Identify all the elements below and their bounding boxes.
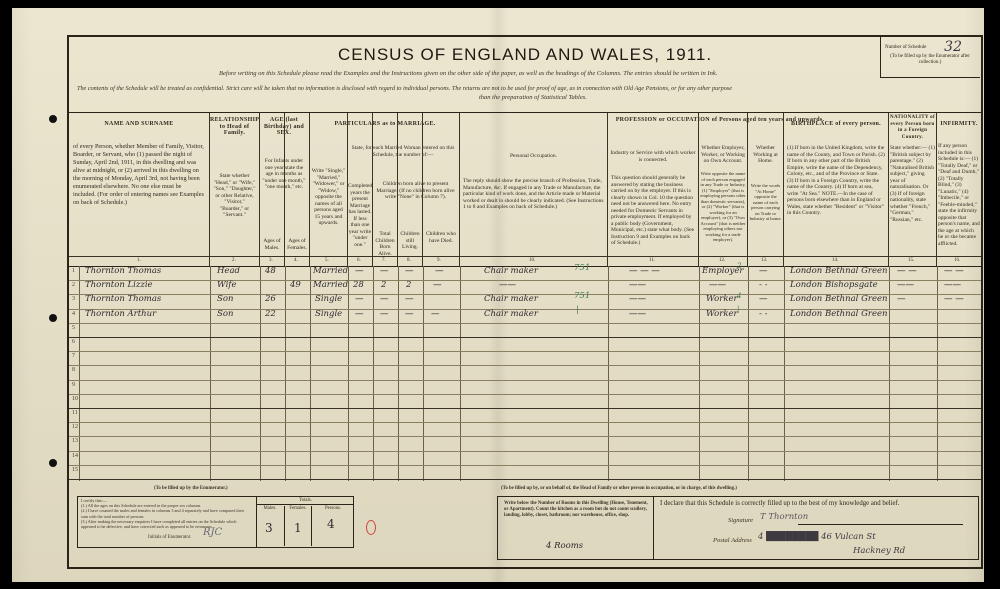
person-name: Thornton Arthur: [85, 309, 156, 319]
occupation-code: 751: [574, 263, 590, 273]
children-died: —: [435, 266, 444, 276]
totals-box: Totals. Males. Females. Persons. 3 1 4: [256, 497, 354, 547]
col-children-living: Children still Living.: [398, 113, 423, 266]
relationship: Head: [217, 266, 240, 276]
table-row: 7: [69, 351, 981, 366]
col-employer-desc: Write opposite the name of each person e…: [700, 171, 746, 243]
col-children-born-desc: Total Children Born Alive.: [373, 231, 397, 257]
total-males: 3: [265, 521, 273, 535]
birthplace: London Bethnal Green: [790, 266, 888, 276]
person-name: Thornton Lizzie: [85, 280, 153, 290]
nationality: —: [897, 294, 906, 304]
col-num-6: 6.: [357, 258, 361, 263]
birthplace: London Bethnal Green: [790, 309, 888, 319]
at-home: - -: [759, 280, 767, 290]
col-at-home: Whether Working at Home. Write the words…: [748, 113, 784, 266]
household-table: 1 Thornton Thomas Head 48 Married — — — …: [69, 266, 981, 481]
at-home: —: [759, 294, 768, 304]
col-age-males-label: Ages of Males.: [260, 238, 284, 251]
col-nationality-title: NATIONALITY of every Person born in a Fo…: [889, 115, 936, 141]
occupation: Chair maker: [484, 309, 538, 319]
col-occupation-desc: The reply should show the precise branch…: [463, 178, 604, 211]
col-nationality-desc: State whether:— (1) "British subject by …: [890, 145, 935, 223]
form-frame: CENSUS OF ENGLAND AND WALES, 1911. Befor…: [67, 35, 983, 569]
table-row: 4 Thornton Arthur Son 22 Single — — — — …: [69, 309, 981, 324]
total-persons: 4: [327, 517, 335, 531]
relationship: Son: [217, 294, 233, 304]
row-number: 7: [72, 353, 75, 359]
initials-label: Initials of Enumerator.: [148, 535, 191, 541]
col-at-home-desc: Write the words "At Home" opposite the n…: [749, 183, 782, 222]
employment-status: ——: [709, 280, 726, 290]
col-num-4: 4.: [294, 258, 298, 263]
col-birthplace-desc: (1) If born in the United Kingdom, write…: [787, 145, 885, 217]
employment-code: |: [737, 305, 739, 313]
col-employer-sub: Whether Employer, Worker, or Working on …: [699, 145, 747, 165]
col-num-16: 16.: [954, 258, 960, 263]
children-living: —: [405, 294, 414, 304]
col-num-7: 7.: [382, 258, 386, 263]
schedule-number-label: Number of Schedule: [885, 45, 926, 50]
nationality: ——: [897, 280, 914, 290]
employment-code: 4: [737, 292, 741, 300]
schedule-number-value: 32: [944, 39, 962, 55]
enumerator-checklist: I certify that:— (1.) All the ages on th…: [81, 498, 251, 529]
at-home: —: [759, 266, 768, 276]
age-female: 49: [290, 280, 301, 290]
signature-line: [798, 524, 963, 525]
children-born: 2: [381, 280, 386, 290]
enumerator-heading: (To be filled up by the Enumerator.): [154, 486, 228, 492]
col-children-died-desc: Children who have Died.: [423, 231, 459, 244]
marital-status: Married: [313, 280, 348, 290]
infirmity: — —: [944, 294, 964, 304]
col-age-females: Ages of Females.: [285, 113, 310, 266]
red-check-mark: [366, 520, 376, 535]
rooms-box: Write below the Number of Rooms in this …: [498, 497, 654, 559]
enumerator-initials: RJC: [203, 527, 222, 538]
marital-status: Married: [313, 266, 348, 276]
col-relationship-desc: State whether "Head," or "Wife," "Son," …: [212, 173, 257, 219]
signature-label: Signature: [728, 517, 753, 524]
age-male: 22: [265, 309, 276, 319]
col-children-died: Children who have Died.: [423, 113, 460, 266]
children-born: —: [380, 309, 389, 319]
checklist-item: (3.) After making the necessary enquirie…: [81, 519, 251, 529]
table-row: 13: [69, 436, 981, 451]
totals-label: Totals.: [257, 498, 354, 505]
relationship: Son: [217, 309, 233, 319]
person-name: Thornton Thomas: [85, 266, 161, 276]
years-married: —: [355, 309, 364, 319]
col-num-12: 12.: [719, 258, 725, 263]
marital-status: Single: [315, 294, 342, 304]
row-number: 15: [72, 467, 78, 473]
col-relationship-title: RELATIONSHIP to Head of Family.: [210, 117, 259, 137]
footer-section: (To be filled up by the Enumerator.) I c…: [69, 482, 981, 567]
col-num-15: 15.: [908, 258, 914, 263]
postal-address-line-2: Hackney Rd: [853, 546, 905, 556]
col-num-8: 8.: [407, 258, 411, 263]
col-industry-desc: This question should generally be answer…: [611, 175, 695, 247]
col-marriage-desc: Write "Single," "Married," "Widower," or…: [311, 168, 346, 227]
column-headers: NAME AND SURNAME of every Person, whethe…: [69, 112, 981, 267]
table-row: 15: [69, 465, 981, 480]
col-infirmity: INFIRMITY. If any person included in thi…: [937, 113, 981, 266]
row-number: 5: [72, 325, 75, 331]
males-label: Males.: [257, 506, 283, 512]
children-died: —: [431, 309, 440, 319]
table-row: 9: [69, 380, 981, 395]
industry: ——: [629, 280, 646, 290]
table-row: 6: [69, 337, 981, 352]
row-number: 4: [72, 311, 75, 317]
col-num-3: 3.: [269, 258, 273, 263]
children-living: —: [405, 309, 414, 319]
col-at-home-sub: Whether Working at Home.: [748, 145, 783, 165]
col-industry: Industry or Service with which worker is…: [608, 113, 699, 266]
relationship: Wife: [217, 280, 236, 290]
col-birthplace-title: BIRTHPLACE of every person.: [784, 121, 888, 128]
row-number: 11: [72, 410, 78, 416]
row-number: 10: [72, 396, 78, 402]
col-num-13: 13.: [761, 258, 767, 263]
row-number: 6: [72, 339, 75, 345]
confidential-line: The contents of the Schedule will be tre…: [77, 85, 732, 92]
col-relationship: RELATIONSHIP to Head of Family. State wh…: [210, 113, 260, 266]
person-name: Thornton Thomas: [85, 294, 161, 304]
occupation-code: |: [576, 305, 579, 315]
col-num-2: 2.: [232, 258, 236, 263]
table-row: 3 Thornton Thomas Son 26 Single — — — Ch…: [69, 294, 981, 309]
birthplace: London Bishopsgate: [790, 280, 878, 290]
occupation: Chair maker: [484, 266, 538, 276]
row-number: 3: [72, 296, 75, 302]
employment-status: Worker: [706, 309, 738, 319]
age-male: 48: [265, 266, 276, 276]
at-home: - -: [759, 309, 767, 319]
infirmity: — —: [944, 266, 964, 276]
years-married: —: [355, 266, 364, 276]
col-age-females-label: Ages of Females.: [285, 238, 309, 251]
col-years-desc: Completed years the present Marriage has…: [348, 183, 372, 248]
children-born: —: [380, 266, 389, 276]
binding-hole-icon: [49, 459, 57, 467]
total-females: 1: [294, 521, 302, 535]
col-age-males: AGE (last Birthday) and SEX. For Infants…: [260, 113, 285, 266]
table-row: 5: [69, 323, 981, 338]
col-num-1: 1.: [137, 258, 141, 263]
household-heading: (To be filled up by, or on behalf of, th…: [501, 486, 737, 492]
children-living: 2: [406, 280, 411, 290]
column-number-rule: [69, 256, 981, 257]
table-row: 12: [69, 422, 981, 437]
row-number: 2: [72, 282, 75, 288]
signature: T Thornton: [760, 512, 808, 522]
table-row: 2 Thornton Lizzie Wife 49 Married 28 2 2…: [69, 280, 981, 295]
industry: ——: [629, 309, 646, 319]
industry: — — —: [629, 266, 660, 276]
col-nationality: NATIONALITY of every Person born in a Fo…: [889, 113, 937, 266]
row-number: 14: [72, 453, 78, 459]
row-number: 9: [72, 382, 75, 388]
table-row: 10: [69, 394, 981, 409]
declaration-box: Write below the Number of Rooms in this …: [497, 496, 979, 560]
row-number: 8: [72, 367, 75, 373]
employment-code: 2: [737, 262, 741, 270]
page-title: CENSUS OF ENGLAND AND WALES, 1911.: [69, 45, 981, 65]
checklist-item: (2.) I have counted the males and female…: [81, 508, 251, 518]
years-married: —: [355, 294, 364, 304]
row-number: 12: [72, 424, 78, 430]
infirmity: ——: [944, 280, 961, 290]
enumerator-box: I certify that:— (1.) All the ages on th…: [77, 496, 354, 548]
col-name-desc: of every Person, whether Member of Famil…: [73, 143, 205, 207]
col-marriage: PARTICULARS as to MARRIAGE. Write "Singl…: [310, 113, 348, 266]
col-num-10: 10.: [529, 258, 535, 263]
col-infirmity-desc: If any person included in this Schedule …: [938, 143, 980, 247]
col-name-title: NAME AND SURNAME: [69, 121, 209, 128]
declaration-text: I declare that this Schedule is correctl…: [660, 500, 900, 507]
children-living: —: [405, 266, 414, 276]
col-infirmity-title: INFIRMITY.: [937, 121, 981, 128]
census-schedule-sheet: CENSUS OF ENGLAND AND WALES, 1911. Befor…: [12, 8, 984, 582]
col-children-living-desc: Children still Living.: [398, 231, 422, 251]
col-num-11: 11.: [649, 258, 655, 263]
col-occupation: PROFESSION or OCCUPATION of Persons aged…: [460, 113, 608, 266]
col-num-5: 5.: [325, 258, 329, 263]
postal-address-line-1: 4 ████████ 46 Vulcan St: [758, 532, 876, 542]
row-number: 13: [72, 438, 78, 444]
children-born: —: [380, 294, 389, 304]
col-industry-sub: Industry or Service with which worker is…: [608, 150, 698, 163]
col-birthplace: BIRTHPLACE of every person. (1) If born …: [784, 113, 889, 266]
table-row: 11: [69, 408, 981, 423]
col-children-born: Children born alive to present Marriage.…: [373, 113, 398, 266]
col-num-9: 9.: [437, 258, 441, 263]
birthplace: London Bethnal Green: [790, 294, 888, 304]
binding-hole-icon: [49, 314, 57, 322]
address-label: Postal Address: [713, 537, 752, 544]
children-died: —: [433, 280, 442, 290]
occupation-code: 751: [574, 291, 590, 301]
confidential-line-2: than the preparation of Statistical Tabl…: [479, 94, 587, 101]
schedule-number-box: Number of Schedule 32 (To be filled up b…: [880, 37, 980, 78]
row-number: 1: [72, 268, 75, 274]
occupation: ——: [499, 280, 516, 290]
table-row: 8: [69, 365, 981, 380]
industry: ——: [629, 294, 646, 304]
instruction-line: Before writing on this Schedule please r…: [219, 70, 717, 77]
occupation: Chair maker: [484, 294, 538, 304]
table-row: 14: [69, 451, 981, 466]
col-name: NAME AND SURNAME of every Person, whethe…: [69, 113, 210, 266]
schedule-number-note: (To be filled up by the Enumerator after…: [885, 54, 975, 66]
col-num-14: 14.: [832, 258, 838, 263]
age-male: 26: [265, 294, 276, 304]
binding-hole-icon: [49, 115, 57, 123]
persons-label: Persons.: [312, 506, 354, 512]
years-married: 28: [353, 280, 364, 290]
col-years-married: State, for each Married Woman entered on…: [348, 113, 373, 266]
col-occupation-sub: Personal Occupation.: [460, 153, 607, 160]
marital-status: Single: [315, 309, 342, 319]
table-row: 1 Thornton Thomas Head 48 Married — — — …: [69, 266, 981, 281]
rooms-instruction: Write below the Number of Rooms in this …: [504, 501, 649, 519]
employment-status: Worker: [706, 294, 738, 304]
col-employer: Whether Employer, Worker, or Working on …: [699, 113, 748, 266]
rooms-count: 4 Rooms: [546, 541, 583, 551]
nationality: — —: [897, 266, 917, 276]
